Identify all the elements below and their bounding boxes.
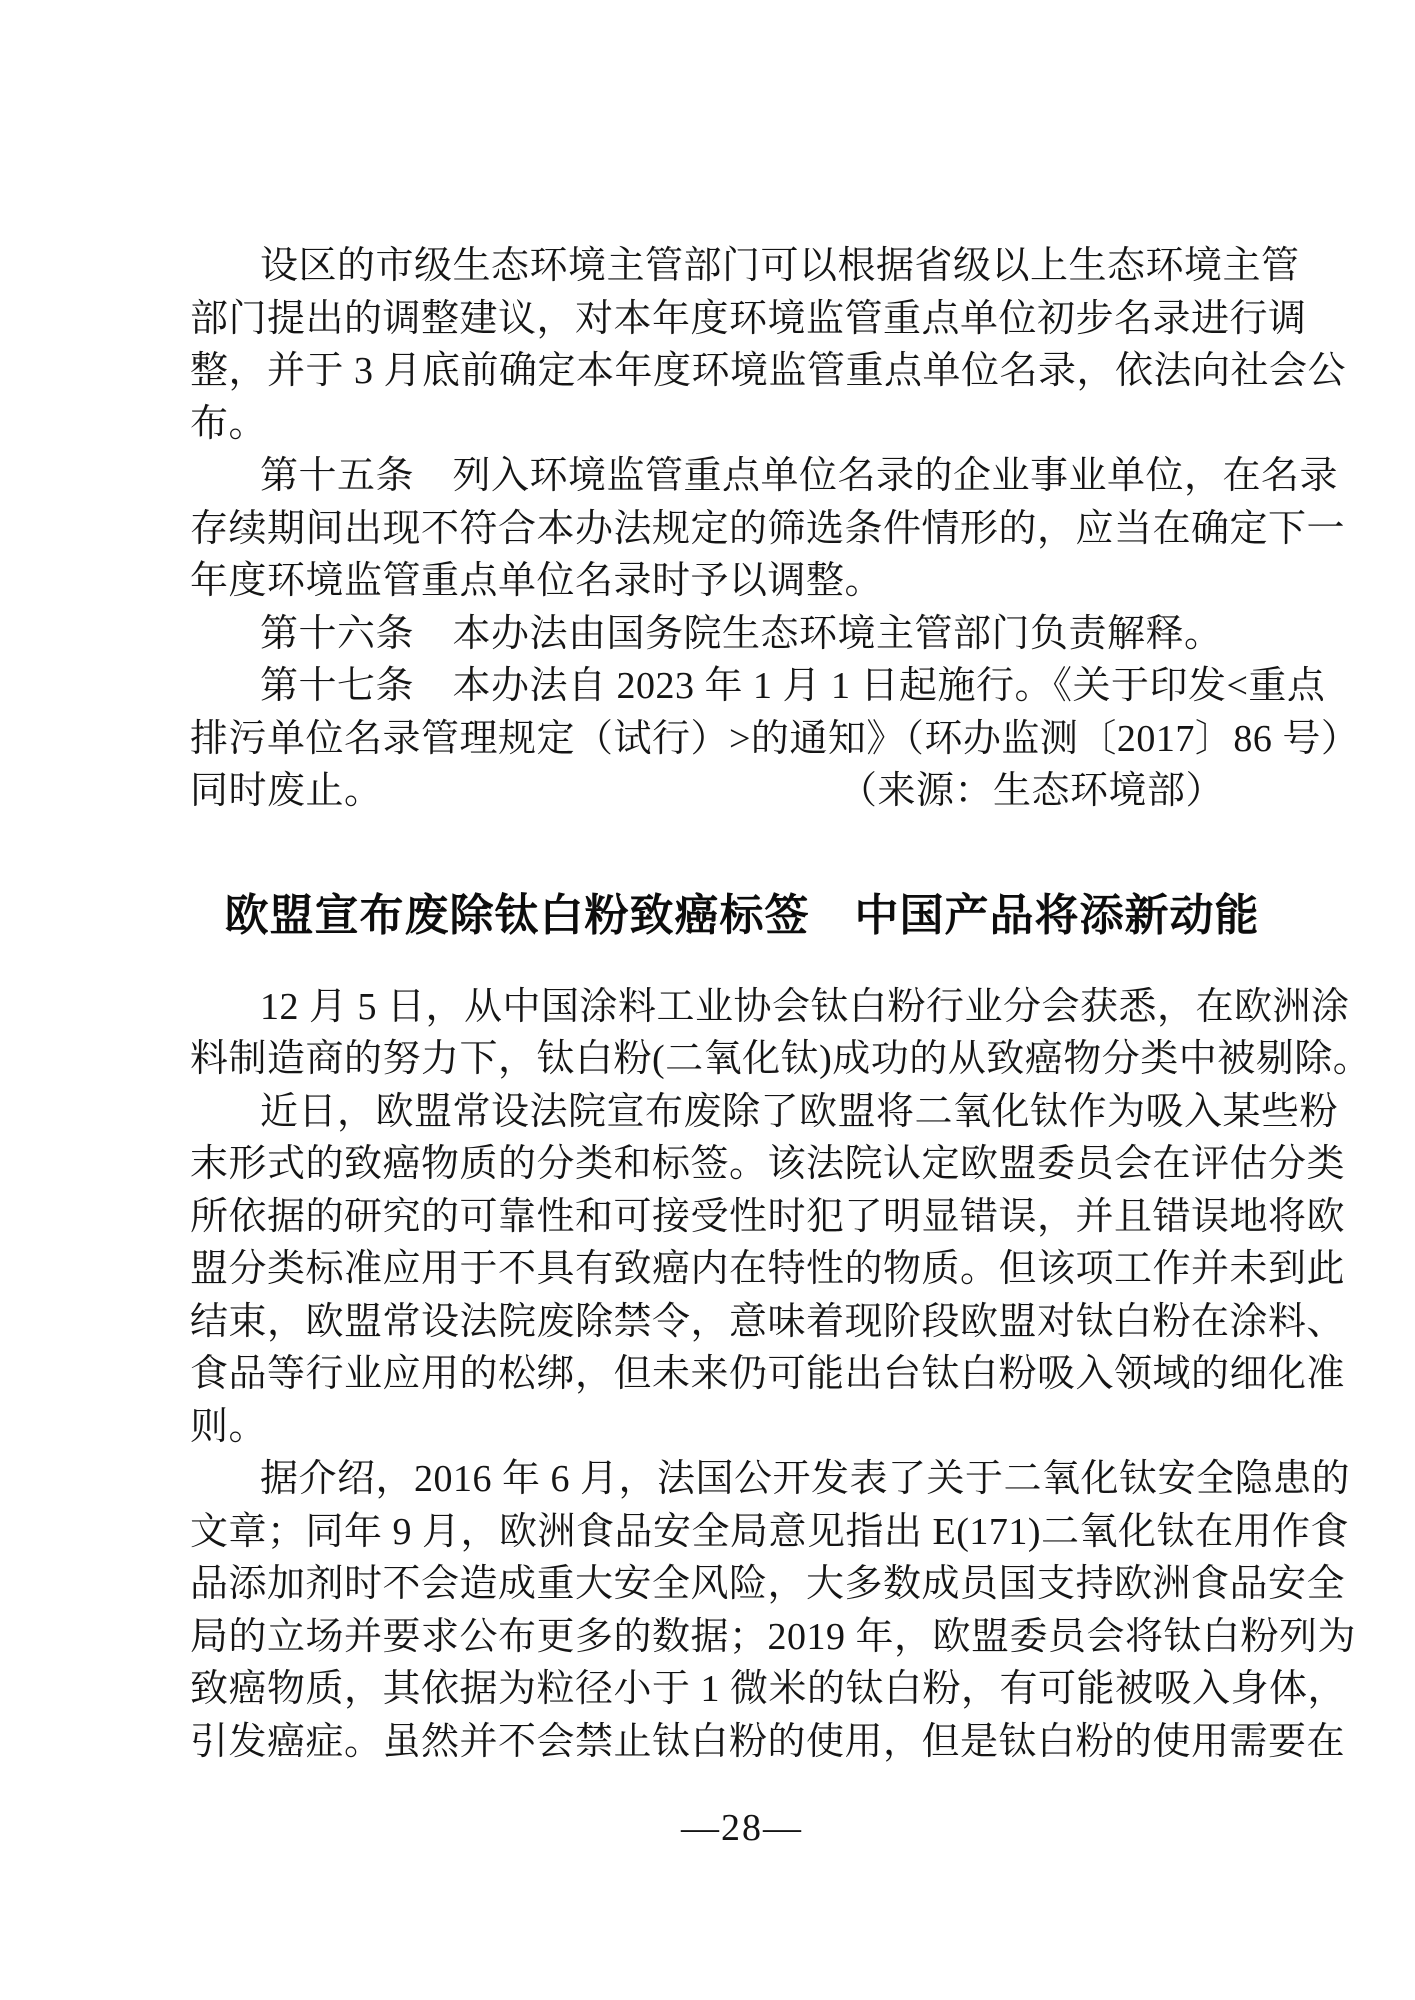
article-title: 欧盟宣布废除钛白粉致癌标签 中国产品将添新动能 bbox=[190, 888, 1294, 944]
paragraph-line: 局的立场并要求公布更多的数据；2019 年，欧盟委员会将钛白粉列为 bbox=[190, 1611, 1294, 1664]
paragraph-line: 部门提出的调整建议，对本年度环境监管重点单位初步名录进行调 bbox=[190, 293, 1294, 346]
paragraph-line: 布。 bbox=[190, 398, 1294, 451]
text-column: 设区的市级生态环境主管部门可以根据省级以上生态环境主管 部门提出的调整建议，对本… bbox=[190, 240, 1294, 1768]
paragraph-line: 年度环境监管重点单位名录时予以调整。 bbox=[190, 555, 1294, 608]
paragraph-line: 盟分类标准应用于不具有致癌内在特性的物质。但该项工作并未到此 bbox=[190, 1243, 1294, 1296]
paragraph-line: 品添加剂时不会造成重大安全风险，大多数成员国支持欧洲食品安全 bbox=[190, 1558, 1294, 1611]
paragraph-line: 则。 bbox=[190, 1401, 1294, 1454]
document-page: 设区的市级生态环境主管部门可以根据省级以上生态环境主管 部门提出的调整建议，对本… bbox=[0, 0, 1415, 2000]
paragraph-line: 第十六条 本办法由国务院生态环境主管部门负责解释。 bbox=[190, 608, 1294, 661]
closing-text: 同时废止。 bbox=[190, 765, 383, 818]
closing-line-row: 同时废止。 （来源：生态环境部） bbox=[190, 765, 1294, 818]
paragraph-line: 据介绍，2016 年 6 月，法国公开发表了关于二氧化钛安全隐患的 bbox=[190, 1453, 1294, 1506]
paragraph-line: 结束，欧盟常设法院废除禁令，意味着现阶段欧盟对钛白粉在涂料、 bbox=[190, 1296, 1294, 1349]
paragraph-line: 第十五条 列入环境监管重点单位名录的企业事业单位，在名录 bbox=[190, 450, 1294, 503]
paragraph-line: 12 月 5 日，从中国涂料工业协会钛白粉行业分会获悉，在欧洲涂 bbox=[190, 981, 1294, 1034]
source-attribution: （来源：生态环境部） bbox=[839, 765, 1224, 818]
paragraph-line: 致癌物质，其依据为粒径小于 1 微米的钛白粉，有可能被吸入身体， bbox=[190, 1663, 1294, 1716]
paragraph-line: 第十七条 本办法自 2023 年 1 月 1 日起施行。《关于印发<重点 bbox=[190, 660, 1294, 713]
paragraph-line: 食品等行业应用的松绑，但未来仍可能出台钛白粉吸入领域的细化准 bbox=[190, 1348, 1294, 1401]
paragraph-line: 近日，欧盟常设法院宣布废除了欧盟将二氧化钛作为吸入某些粉 bbox=[190, 1086, 1294, 1139]
paragraph-line: 存续期间出现不符合本办法规定的筛选条件情形的，应当在确定下一 bbox=[190, 503, 1294, 556]
paragraph-line: 引发癌症。虽然并不会禁止钛白粉的使用，但是钛白粉的使用需要在 bbox=[190, 1716, 1294, 1769]
paragraph-line: 设区的市级生态环境主管部门可以根据省级以上生态环境主管 bbox=[190, 240, 1294, 293]
paragraph-line: 整，并于 3 月底前确定本年度环境监管重点单位名录，依法向社会公 bbox=[190, 345, 1294, 398]
paragraph-line: 末形式的致癌物质的分类和标签。该法院认定欧盟委员会在评估分类 bbox=[190, 1138, 1294, 1191]
paragraph-line: 料制造商的努力下，钛白粉(二氧化钛)成功的从致癌物分类中被剔除。 bbox=[190, 1033, 1294, 1086]
paragraph-line: 所依据的研究的可靠性和可接受性时犯了明显错误，并且错误地将欧 bbox=[190, 1191, 1294, 1244]
paragraph-line: 文章；同年 9 月，欧洲食品安全局意见指出 E(171)二氧化钛在用作食 bbox=[190, 1506, 1294, 1559]
paragraph-line: 排污单位名录管理规定（试行）>的通知》（环办监测〔2017〕86 号） bbox=[190, 713, 1294, 766]
page-number: —28— bbox=[190, 1806, 1294, 1850]
